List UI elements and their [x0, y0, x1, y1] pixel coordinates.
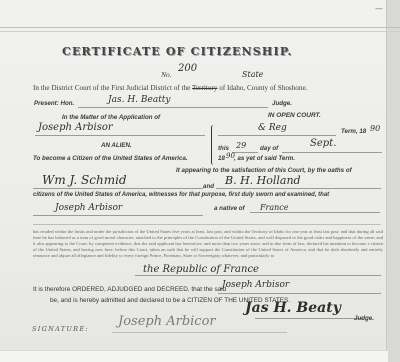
present-label: Present: Hon. — [34, 100, 74, 107]
witness2-name: B. H. Holland — [225, 174, 301, 187]
present-judge-name: Jas. H. Beatty — [108, 95, 171, 105]
court-line-suffix: of Idaho, County of Shoshone. — [219, 84, 307, 92]
signature-label: SIGNATURE: — [32, 325, 89, 333]
struck-word: Territory — [192, 84, 217, 92]
inserted-word-state: State — [242, 70, 263, 79]
month-value: Sept. — [310, 138, 336, 149]
citizen-signature: Joseph Arbicor — [118, 314, 216, 329]
sovereignty-handwritten: the Republic of France — [143, 264, 259, 275]
signature-judge-label: Judge. — [354, 315, 374, 322]
certificate-title: CERTIFICATE OF CITIZENSHIP. — [62, 45, 293, 58]
sovereignty-line — [135, 275, 381, 276]
term-line — [218, 135, 336, 136]
native-line — [250, 212, 380, 213]
term-handwritten: & Reg — [258, 123, 287, 133]
citizen-signature-line — [112, 332, 287, 333]
decree-name-line — [218, 293, 381, 294]
alien-label: AN ALIEN. — [101, 142, 132, 149]
native-country: France — [260, 203, 289, 212]
applicant-line — [35, 135, 205, 136]
court-line-prefix: In the District Court of the First Judic… — [33, 84, 190, 92]
body-paragraph: has resided within the limits and under … — [33, 229, 383, 259]
month-line — [282, 152, 382, 153]
day-value: 29 — [236, 141, 246, 150]
judge-signature-line — [255, 318, 363, 319]
court-line: In the District Court of the First Judic… — [33, 84, 307, 92]
judge-line — [78, 107, 268, 108]
divider-line — [33, 224, 381, 225]
this-label: this — [218, 145, 229, 152]
decree-name: Joseph Arbisor — [222, 280, 289, 290]
day-of-label: day of — [260, 145, 278, 152]
become-citizen-label: To become a Citizen of the United States… — [33, 155, 188, 162]
term-year: 90 — [370, 124, 380, 133]
page-edge-right — [386, 0, 400, 362]
number-label: No. — [161, 70, 172, 79]
ordered-text: It is therefore ORDERED, ADJUDGED and DE… — [33, 286, 226, 293]
corner-mark: — — [375, 4, 383, 13]
top-rule — [0, 27, 400, 32]
application-label: In the Matter of the Application of — [62, 114, 160, 121]
day-line — [232, 152, 258, 153]
year-prefix: 18 — [218, 155, 225, 162]
subject-name: Joseph Arbisor — [55, 203, 122, 213]
subject-line — [33, 215, 203, 216]
witness1-name: Wm J. Schmid — [42, 173, 127, 187]
witness2-line — [216, 188, 381, 189]
native-label: a native of — [214, 205, 245, 212]
as-yet-label: , as yet of said Term. — [234, 155, 295, 162]
and-label: and — [203, 183, 214, 190]
page-edge-bottom — [0, 350, 388, 362]
judge-signature: Jas H. Beaty — [245, 300, 341, 316]
bracket — [211, 125, 216, 165]
certificate-number: 200 — [178, 63, 197, 74]
citizens-text: citizens of the United States of America… — [33, 192, 329, 198]
term-label: Term, 18 — [341, 128, 366, 135]
witness1-line — [33, 188, 203, 189]
open-court-label: IN OPEN COURT. — [268, 112, 321, 119]
present-judge-label: Judge. — [272, 100, 292, 107]
applicant-name: Joseph Arbisor — [38, 122, 113, 133]
appearing-text: It appearing to the satisfaction of this… — [176, 167, 352, 174]
